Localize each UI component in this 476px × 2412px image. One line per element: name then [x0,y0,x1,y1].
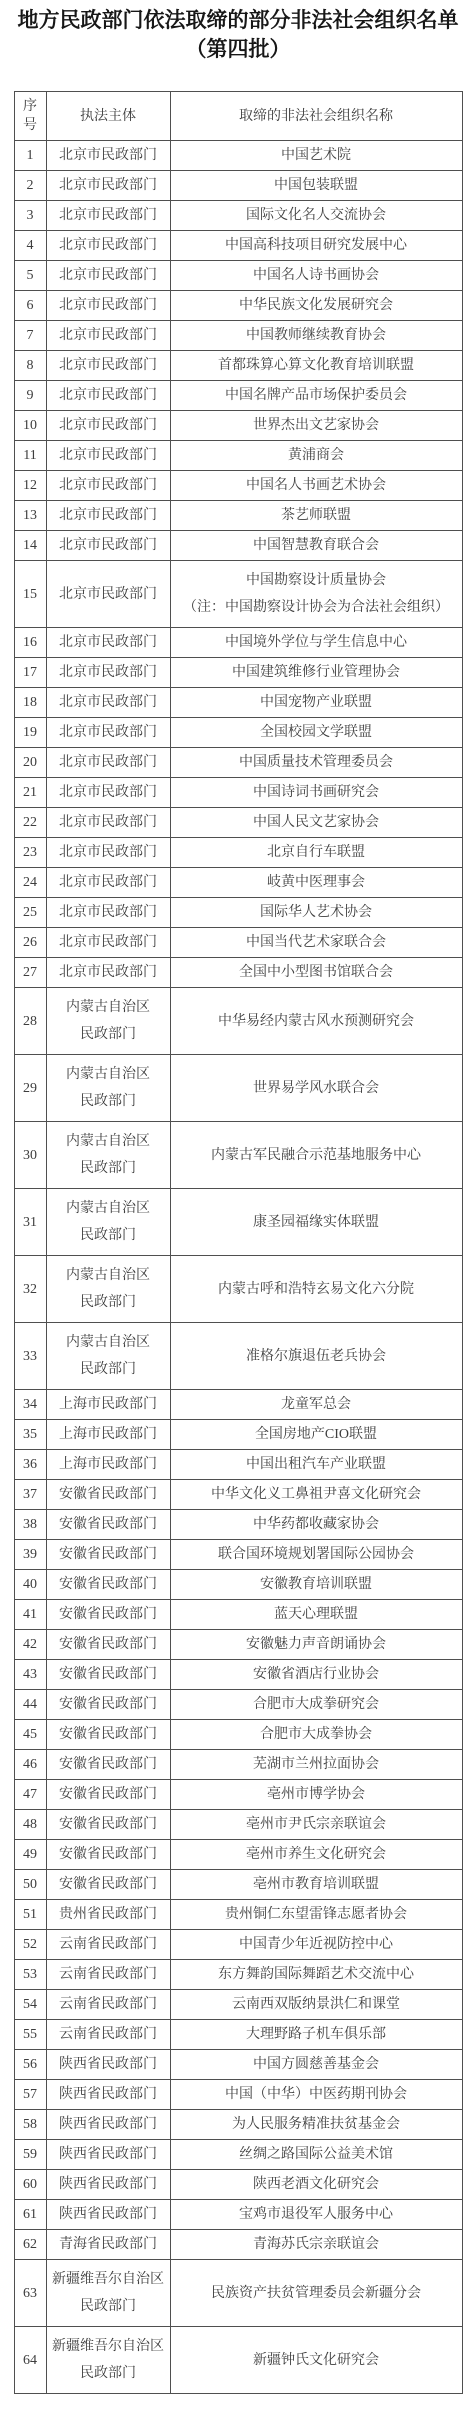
cell-executor: 内蒙古自治区 民政部门 [46,1189,170,1256]
cell-org-name: 中国人民文艺家协会 [170,808,462,838]
table-row: 36上海市民政部门中国出租汽车产业联盟 [14,1450,462,1480]
table-row: 8北京市民政部门首都珠算心算文化教育培训联盟 [14,351,462,381]
cell-index: 26 [14,928,46,958]
cell-org-name: 大理野路子机车俱乐部 [170,2020,462,2050]
cell-index: 4 [14,231,46,261]
cell-executor: 新疆维吾尔自治区 民政部门 [46,2327,170,2394]
col-header-index: 序号 [14,92,46,141]
cell-executor: 北京市民政部门 [46,381,170,411]
cell-executor: 云南省民政部门 [46,2020,170,2050]
cell-org-name: 安徽教育培训联盟 [170,1570,462,1600]
cell-index: 18 [14,688,46,718]
cell-org-name: 世界杰出文艺家协会 [170,411,462,441]
cell-executor: 内蒙古自治区 民政部门 [46,1323,170,1390]
cell-executor: 北京市民政部门 [46,928,170,958]
cell-index: 29 [14,1055,46,1122]
cell-executor: 安徽省民政部门 [46,1510,170,1540]
table-row: 5北京市民政部门中国名人诗书画协会 [14,261,462,291]
cell-executor: 北京市民政部门 [46,171,170,201]
cell-org-name: 世界易学风水联合会 [170,1055,462,1122]
cell-org-name: 贵州铜仁东望雷锋志愿者协会 [170,1900,462,1930]
cell-index: 9 [14,381,46,411]
cell-executor: 陕西省民政部门 [46,2110,170,2140]
cell-org-name: 中华易经内蒙古风水预测研究会 [170,988,462,1055]
cell-executor: 云南省民政部门 [46,1990,170,2020]
cell-org-name: 亳州市教育培训联盟 [170,1870,462,1900]
cell-executor: 内蒙古自治区 民政部门 [46,1055,170,1122]
cell-org-name: 中国名人书画艺术协会 [170,471,462,501]
cell-index: 44 [14,1690,46,1720]
table-row: 26北京市民政部门中国当代艺术家联合会 [14,928,462,958]
table-row: 37安徽省民政部门中华文化义工鼻祖尹喜文化研究会 [14,1480,462,1510]
table-row: 22北京市民政部门中国人民文艺家协会 [14,808,462,838]
cell-executor: 北京市民政部门 [46,501,170,531]
cell-executor: 北京市民政部门 [46,291,170,321]
table-row: 4北京市民政部门中国高科技项目研究发展中心 [14,231,462,261]
cell-executor: 陕西省民政部门 [46,2080,170,2110]
banned-organizations-table: 序号 执法主体 取缔的非法社会组织名称 1北京市民政部门中国艺术院2北京市民政部… [14,91,463,2394]
cell-org-name: 岐黄中医理事会 [170,868,462,898]
cell-org-name: 合肥市大成拳协会 [170,1720,462,1750]
cell-executor: 北京市民政部门 [46,628,170,658]
cell-org-name: 中国（中华）中医药期刊协会 [170,2080,462,2110]
cell-index: 53 [14,1960,46,1990]
cell-index: 38 [14,1510,46,1540]
cell-org-name: 康圣园福缘实体联盟 [170,1189,462,1256]
table-row: 58陕西省民政部门为人民服务精准扶贫基金会 [14,2110,462,2140]
table-row: 54云南省民政部门云南西双版纳景洪仁和课堂 [14,1990,462,2020]
cell-org-name: 合肥市大成拳研究会 [170,1690,462,1720]
document-page: 地方民政部门依法取缔的部分非法社会组织名单（第四批） 序号 执法主体 取缔的非法… [0,0,476,2394]
cell-executor: 陕西省民政部门 [46,2140,170,2170]
cell-org-name: 全国房地产CIO联盟 [170,1420,462,1450]
cell-index: 40 [14,1570,46,1600]
cell-index: 23 [14,838,46,868]
cell-executor: 上海市民政部门 [46,1420,170,1450]
cell-executor: 内蒙古自治区 民政部门 [46,988,170,1055]
page-title-line-1: 地方民政部门依法取缔的部分非法社会组织名单 [18,9,459,32]
cell-index: 63 [14,2260,46,2327]
cell-org-name: 国际文化名人交流协会 [170,201,462,231]
cell-index: 3 [14,201,46,231]
cell-index: 49 [14,1840,46,1870]
cell-executor: 北京市民政部门 [46,748,170,778]
cell-executor: 北京市民政部门 [46,411,170,441]
table-row: 63新疆维吾尔自治区 民政部门民族资产扶贫管理委员会新疆分会 [14,2260,462,2327]
cell-executor: 安徽省民政部门 [46,1750,170,1780]
cell-executor: 安徽省民政部门 [46,1840,170,1870]
cell-executor: 安徽省民政部门 [46,1660,170,1690]
cell-executor: 北京市民政部门 [46,808,170,838]
cell-org-name: 中国建筑维修行业管理协会 [170,658,462,688]
table-row: 45安徽省民政部门合肥市大成拳协会 [14,1720,462,1750]
table-row: 46安徽省民政部门芜湖市兰州拉面协会 [14,1750,462,1780]
cell-index: 50 [14,1870,46,1900]
cell-index: 57 [14,2080,46,2110]
cell-executor: 北京市民政部门 [46,321,170,351]
cell-org-name: 新疆钟氏文化研究会 [170,2327,462,2394]
cell-org-name: 中国质量技术管理委员会 [170,748,462,778]
table-row: 39安徽省民政部门联合国环境规划署国际公园协会 [14,1540,462,1570]
cell-org-name: 中华民族文化发展研究会 [170,291,462,321]
cell-executor: 陕西省民政部门 [46,2170,170,2200]
cell-index: 17 [14,658,46,688]
table-row: 3北京市民政部门国际文化名人交流协会 [14,201,462,231]
cell-org-name: 中国青少年近视防控中心 [170,1930,462,1960]
cell-executor: 云南省民政部门 [46,1960,170,1990]
table-row: 12北京市民政部门中国名人书画艺术协会 [14,471,462,501]
cell-org-name: 青海苏氏宗亲联谊会 [170,2230,462,2260]
table-row: 30内蒙古自治区 民政部门内蒙古军民融合示范基地服务中心 [14,1122,462,1189]
cell-index: 52 [14,1930,46,1960]
cell-index: 19 [14,718,46,748]
cell-org-name: 陕西老酒文化研究会 [170,2170,462,2200]
cell-org-name: 中国宠物产业联盟 [170,688,462,718]
cell-executor: 北京市民政部门 [46,898,170,928]
cell-executor: 新疆维吾尔自治区 民政部门 [46,2260,170,2327]
cell-index: 5 [14,261,46,291]
cell-executor: 北京市民政部门 [46,231,170,261]
table-row: 57陕西省民政部门中国（中华）中医药期刊协会 [14,2080,462,2110]
col-header-org-name: 取缔的非法社会组织名称 [170,92,462,141]
table-row: 56陕西省民政部门中国方圆慈善基金会 [14,2050,462,2080]
cell-index: 51 [14,1900,46,1930]
table-row: 34上海市民政部门龙童军总会 [14,1390,462,1420]
table-row: 61陕西省民政部门宝鸡市退役军人服务中心 [14,2200,462,2230]
cell-index: 58 [14,2110,46,2140]
cell-index: 13 [14,501,46,531]
page-title-line-2: （第四批） [186,38,291,61]
cell-org-name: 中国方圆慈善基金会 [170,2050,462,2080]
table-row: 14北京市民政部门中国智慧教育联合会 [14,531,462,561]
cell-executor: 北京市民政部门 [46,718,170,748]
cell-org-name: 民族资产扶贫管理委员会新疆分会 [170,2260,462,2327]
cell-executor: 安徽省民政部门 [46,1780,170,1810]
cell-executor: 贵州省民政部门 [46,1900,170,1930]
cell-executor: 安徽省民政部门 [46,1540,170,1570]
cell-executor: 云南省民政部门 [46,1930,170,1960]
table-row: 41安徽省民政部门蓝天心理联盟 [14,1600,462,1630]
cell-org-name: 中国境外学位与学生信息中心 [170,628,462,658]
cell-org-name: 黄浦商会 [170,441,462,471]
cell-org-name: 全国中小型图书馆联合会 [170,958,462,988]
cell-index: 43 [14,1660,46,1690]
cell-index: 11 [14,441,46,471]
cell-org-name: 准格尔旗退伍老兵协会 [170,1323,462,1390]
cell-org-name: 宝鸡市退役军人服务中心 [170,2200,462,2230]
table-row: 7北京市民政部门中国教师继续教育协会 [14,321,462,351]
table-row: 2北京市民政部门中国包装联盟 [14,171,462,201]
cell-org-name: 首都珠算心算文化教育培训联盟 [170,351,462,381]
cell-executor: 北京市民政部门 [46,201,170,231]
table-row: 48安徽省民政部门亳州市尹氏宗亲联谊会 [14,1810,462,1840]
cell-executor: 北京市民政部门 [46,658,170,688]
cell-org-name: 内蒙古呼和浩特玄易文化六分院 [170,1256,462,1323]
cell-index: 10 [14,411,46,441]
cell-org-name: 安徽省酒店行业协会 [170,1660,462,1690]
cell-index: 7 [14,321,46,351]
cell-index: 27 [14,958,46,988]
cell-executor: 上海市民政部门 [46,1390,170,1420]
table-row: 27北京市民政部门全国中小型图书馆联合会 [14,958,462,988]
cell-index: 16 [14,628,46,658]
cell-executor: 上海市民政部门 [46,1450,170,1480]
cell-index: 30 [14,1122,46,1189]
cell-index: 31 [14,1189,46,1256]
cell-org-name: 中国勘察设计质量协会 （注：中国勘察设计协会为合法社会组织） [170,561,462,628]
cell-executor: 北京市民政部门 [46,838,170,868]
cell-index: 55 [14,2020,46,2050]
cell-index: 36 [14,1450,46,1480]
table-row: 20北京市民政部门中国质量技术管理委员会 [14,748,462,778]
cell-org-name: 国际华人艺术协会 [170,898,462,928]
table-row: 19北京市民政部门全国校园文学联盟 [14,718,462,748]
cell-executor: 安徽省民政部门 [46,1600,170,1630]
table-row: 35上海市民政部门全国房地产CIO联盟 [14,1420,462,1450]
cell-org-name: 中国名人诗书画协会 [170,261,462,291]
cell-index: 46 [14,1750,46,1780]
cell-executor: 北京市民政部门 [46,441,170,471]
cell-executor: 安徽省民政部门 [46,1810,170,1840]
cell-index: 54 [14,1990,46,2020]
table-row: 11北京市民政部门黄浦商会 [14,441,462,471]
cell-org-name: 中国教师继续教育协会 [170,321,462,351]
cell-index: 22 [14,808,46,838]
cell-org-name: 中华药都收藏家协会 [170,1510,462,1540]
cell-executor: 安徽省民政部门 [46,1630,170,1660]
cell-org-name: 为人民服务精准扶贫基金会 [170,2110,462,2140]
table-row: 59陕西省民政部门丝绸之路国际公益美术馆 [14,2140,462,2170]
table-row: 6北京市民政部门中华民族文化发展研究会 [14,291,462,321]
table-row: 23北京市民政部门北京自行车联盟 [14,838,462,868]
table-row: 47安徽省民政部门亳州市博学协会 [14,1780,462,1810]
cell-org-name: 亳州市博学协会 [170,1780,462,1810]
cell-org-name: 龙童军总会 [170,1390,462,1420]
cell-executor: 北京市民政部门 [46,141,170,171]
table-body: 1北京市民政部门中国艺术院2北京市民政部门中国包装联盟3北京市民政部门国际文化名… [14,141,462,2394]
cell-org-name: 中华文化义工鼻祖尹喜文化研究会 [170,1480,462,1510]
table-row: 62青海省民政部门青海苏氏宗亲联谊会 [14,2230,462,2260]
table-row: 50安徽省民政部门亳州市教育培训联盟 [14,1870,462,1900]
table-row: 55云南省民政部门大理野路子机车俱乐部 [14,2020,462,2050]
cell-org-name: 茶艺师联盟 [170,501,462,531]
table-row: 18北京市民政部门中国宠物产业联盟 [14,688,462,718]
table-row: 40安徽省民政部门安徽教育培训联盟 [14,1570,462,1600]
cell-org-name: 亳州市尹氏宗亲联谊会 [170,1810,462,1840]
cell-executor: 陕西省民政部门 [46,2050,170,2080]
cell-index: 56 [14,2050,46,2080]
table-row: 29内蒙古自治区 民政部门世界易学风水联合会 [14,1055,462,1122]
cell-executor: 北京市民政部门 [46,868,170,898]
table-row: 9北京市民政部门中国名牌产品市场保护委员会 [14,381,462,411]
cell-index: 34 [14,1390,46,1420]
cell-org-name: 丝绸之路国际公益美术馆 [170,2140,462,2170]
cell-index: 48 [14,1810,46,1840]
table-header: 序号 执法主体 取缔的非法社会组织名称 [14,92,462,141]
cell-executor: 陕西省民政部门 [46,2200,170,2230]
cell-index: 37 [14,1480,46,1510]
cell-index: 61 [14,2200,46,2230]
table-row: 52云南省民政部门中国青少年近视防控中心 [14,1930,462,1960]
table-row: 42安徽省民政部门安徽魅力声音朗诵协会 [14,1630,462,1660]
cell-org-name: 中国艺术院 [170,141,462,171]
table-row: 60陕西省民政部门陕西老酒文化研究会 [14,2170,462,2200]
page-title: 地方民政部门依法取缔的部分非法社会组织名单（第四批） [8,6,468,64]
cell-org-name: 安徽魅力声音朗诵协会 [170,1630,462,1660]
cell-executor: 安徽省民政部门 [46,1720,170,1750]
cell-org-name: 全国校园文学联盟 [170,718,462,748]
table-row: 1北京市民政部门中国艺术院 [14,141,462,171]
cell-index: 15 [14,561,46,628]
cell-org-name: 云南西双版纳景洪仁和课堂 [170,1990,462,2020]
cell-org-name: 中国名牌产品市场保护委员会 [170,381,462,411]
cell-index: 60 [14,2170,46,2200]
cell-executor: 北京市民政部门 [46,958,170,988]
cell-index: 59 [14,2140,46,2170]
table-row: 33内蒙古自治区 民政部门准格尔旗退伍老兵协会 [14,1323,462,1390]
table-row: 21北京市民政部门中国诗词书画研究会 [14,778,462,808]
table-row: 64新疆维吾尔自治区 民政部门新疆钟氏文化研究会 [14,2327,462,2394]
table-row: 17北京市民政部门中国建筑维修行业管理协会 [14,658,462,688]
cell-executor: 北京市民政部门 [46,531,170,561]
table-row: 24北京市民政部门岐黄中医理事会 [14,868,462,898]
cell-index: 20 [14,748,46,778]
cell-index: 62 [14,2230,46,2260]
cell-executor: 安徽省民政部门 [46,1480,170,1510]
cell-executor: 北京市民政部门 [46,688,170,718]
col-header-executor: 执法主体 [46,92,170,141]
cell-org-name: 亳州市养生文化研究会 [170,1840,462,1870]
cell-executor: 内蒙古自治区 民政部门 [46,1256,170,1323]
table-row: 16北京市民政部门中国境外学位与学生信息中心 [14,628,462,658]
cell-executor: 北京市民政部门 [46,778,170,808]
cell-executor: 安徽省民政部门 [46,1570,170,1600]
cell-index: 42 [14,1630,46,1660]
cell-index: 45 [14,1720,46,1750]
cell-index: 41 [14,1600,46,1630]
cell-org-name: 中国当代艺术家联合会 [170,928,462,958]
cell-index: 64 [14,2327,46,2394]
cell-executor: 北京市民政部门 [46,471,170,501]
table-row: 31内蒙古自治区 民政部门康圣园福缘实体联盟 [14,1189,462,1256]
cell-index: 14 [14,531,46,561]
cell-executor: 内蒙古自治区 民政部门 [46,1122,170,1189]
cell-index: 39 [14,1540,46,1570]
cell-org-name: 联合国环境规划署国际公园协会 [170,1540,462,1570]
cell-org-name: 中国智慧教育联合会 [170,531,462,561]
cell-index: 32 [14,1256,46,1323]
cell-index: 35 [14,1420,46,1450]
cell-index: 6 [14,291,46,321]
cell-executor: 北京市民政部门 [46,561,170,628]
header-row: 序号 执法主体 取缔的非法社会组织名称 [14,92,462,141]
cell-org-name: 中国出租汽车产业联盟 [170,1450,462,1480]
cell-org-name: 中国高科技项目研究发展中心 [170,231,462,261]
table-row: 51贵州省民政部门贵州铜仁东望雷锋志愿者协会 [14,1900,462,1930]
table-row: 38安徽省民政部门中华药都收藏家协会 [14,1510,462,1540]
table-row: 49安徽省民政部门亳州市养生文化研究会 [14,1840,462,1870]
cell-org-name: 内蒙古军民融合示范基地服务中心 [170,1122,462,1189]
table-row: 15北京市民政部门中国勘察设计质量协会 （注：中国勘察设计协会为合法社会组织） [14,561,462,628]
cell-index: 2 [14,171,46,201]
table-row: 13北京市民政部门茶艺师联盟 [14,501,462,531]
table-row: 25北京市民政部门国际华人艺术协会 [14,898,462,928]
cell-executor: 北京市民政部门 [46,351,170,381]
cell-executor: 北京市民政部门 [46,261,170,291]
cell-index: 28 [14,988,46,1055]
table-row: 28内蒙古自治区 民政部门中华易经内蒙古风水预测研究会 [14,988,462,1055]
cell-index: 47 [14,1780,46,1810]
cell-executor: 安徽省民政部门 [46,1690,170,1720]
table-row: 53云南省民政部门东方舞韵国际舞蹈艺术交流中心 [14,1960,462,1990]
table-row: 44安徽省民政部门合肥市大成拳研究会 [14,1690,462,1720]
cell-index: 8 [14,351,46,381]
cell-org-name: 芜湖市兰州拉面协会 [170,1750,462,1780]
cell-index: 1 [14,141,46,171]
cell-org-name: 北京自行车联盟 [170,838,462,868]
cell-org-name: 中国诗词书画研究会 [170,778,462,808]
table-row: 10北京市民政部门世界杰出文艺家协会 [14,411,462,441]
cell-index: 24 [14,868,46,898]
cell-index: 33 [14,1323,46,1390]
cell-index: 21 [14,778,46,808]
cell-executor: 安徽省民政部门 [46,1870,170,1900]
cell-index: 25 [14,898,46,928]
table-row: 32内蒙古自治区 民政部门内蒙古呼和浩特玄易文化六分院 [14,1256,462,1323]
cell-executor: 青海省民政部门 [46,2230,170,2260]
cell-org-name: 东方舞韵国际舞蹈艺术交流中心 [170,1960,462,1990]
cell-org-name: 中国包装联盟 [170,171,462,201]
table-row: 43安徽省民政部门安徽省酒店行业协会 [14,1660,462,1690]
cell-index: 12 [14,471,46,501]
cell-org-name: 蓝天心理联盟 [170,1600,462,1630]
